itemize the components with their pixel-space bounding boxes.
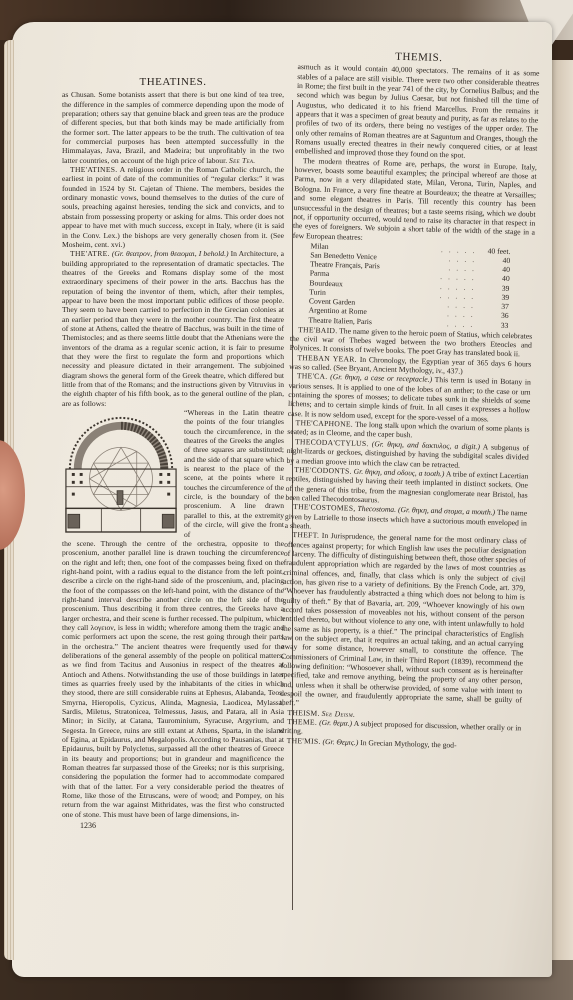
left-column: THEATINES. as Chusan. Some botanists ass…: [62, 78, 284, 831]
right-column: THEMIS. asmuch as it would contain 40,00…: [279, 50, 540, 752]
stage-width-table: Milan.....40 feet. San Benedetto Venice.…: [308, 241, 510, 329]
page-number: 1236: [62, 821, 284, 830]
figure-side-text: “Whereas in the Latin theatre the points…: [184, 408, 284, 539]
entry-theca: THE'CA. (Gr. θηκη, a case or receptacle.…: [288, 371, 531, 424]
entry-theatines: THE'ATINES. A religious order in the Rom…: [62, 165, 284, 249]
theatre-continuation: the scene. Through the centre of the orc…: [62, 539, 284, 819]
theatre-continuation-right: asmuch as it would contain 40,000 specta…: [295, 62, 540, 162]
figure-block: “Whereas in the Latin theatre the points…: [62, 408, 284, 539]
greek-theatre-plan-diagram: [62, 408, 180, 536]
entry-theft: THEFT. In Jurisprudence, the general nam…: [280, 530, 527, 714]
left-running-head: THEATINES.: [62, 78, 284, 87]
entry-theatre: THE'ATRE. (Gr. θεατρον, from θεαομαι, I …: [62, 249, 284, 408]
modern-theatres-paragraph: The modern theatres of Rome are, perhaps…: [293, 156, 537, 247]
tea-continuation: as Chusan. Some botanists assert that th…: [62, 90, 284, 165]
